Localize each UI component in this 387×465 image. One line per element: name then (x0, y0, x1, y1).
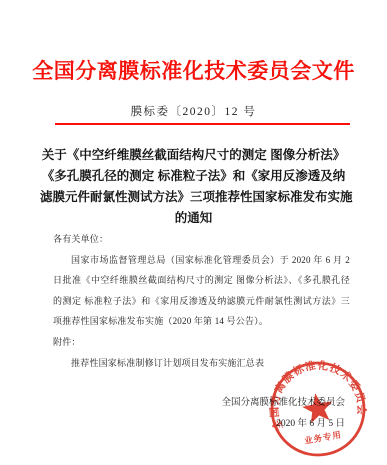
notice-title-line: 关于《中空纤维膜丝截面结构尺寸的测定 图像分析法》 (40, 145, 347, 166)
red-divider-rule (55, 123, 350, 125)
doc-number: 膜标委〔2020〕12 号 (0, 105, 387, 120)
notice-title-line: 的通知 (40, 208, 347, 229)
notice-title: 关于《中空纤维膜丝截面结构尺寸的测定 图像分析法》 《多孔膜孔径的测定 标准粒子… (40, 145, 347, 229)
attachment-label: 附件： (53, 332, 350, 353)
signature-block: 全国分离膜标准化技术委员会 2020 年 6 月 5 日 (221, 393, 345, 435)
notice-title-line: 《多孔膜孔径的测定 标准粒子法》和《家用反渗透及纳 (40, 166, 347, 187)
body-line: 项推荐性国家标准发布实施（2020 年第 14 号公告）。 (53, 311, 350, 332)
body-line: 国家市场监督管理总局（国家标准化管理委员会）于 2020 年 6 月 2 (53, 250, 350, 271)
official-document-page: 全国分离膜标准化技术委员会文件 膜标委〔2020〕12 号 关于《中空纤维膜丝截… (0, 0, 387, 465)
signature-date: 2020 年 6 月 5 日 (221, 414, 345, 435)
attachment-item: 推荐性国家标准制修订计划项目发布实施汇总表 (53, 353, 350, 374)
body-line: 的测定 标准粒子法》和《家用反渗透及纳滤膜元件耐氯性测试方法》三 (53, 291, 350, 312)
notice-title-line: 滤膜元件耐氯性测试方法》三项推荐性国家标准发布实施 (40, 187, 347, 208)
notice-body: 各有关单位： 国家市场监督管理总局（国家标准化管理委员会）于 2020 年 6 … (53, 229, 350, 373)
signature-org: 全国分离膜标准化技术委员会 (221, 393, 345, 414)
document-header-title: 全国分离膜标准化技术委员会文件 (0, 57, 387, 86)
salutation: 各有关单位： (53, 229, 350, 250)
body-line: 日批准《中空纤维膜丝截面结构尺寸的测定 图像分析法》、《多孔膜孔径 (53, 270, 350, 291)
